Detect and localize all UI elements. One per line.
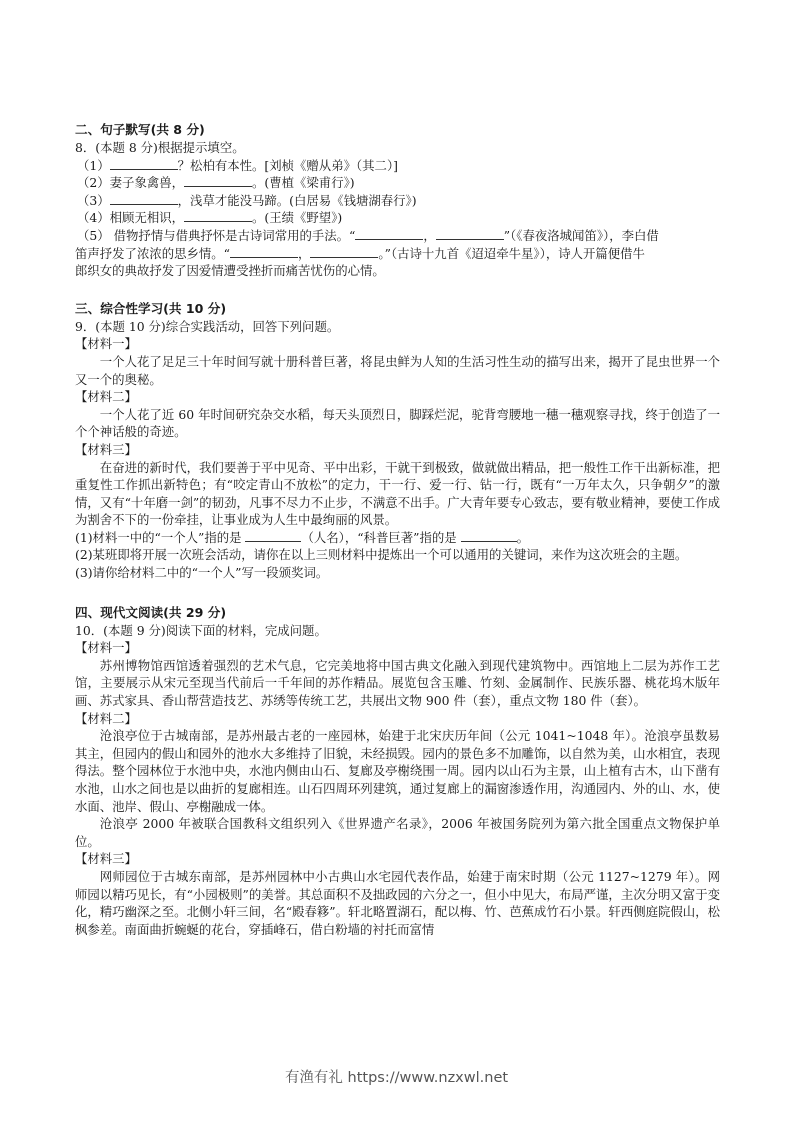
exam-page: 二、句子默写(共 8 分) 8．(本题 8 分)根据提示填空。 （1）？松柏有本… [75, 121, 720, 938]
item-number: （3） [77, 193, 110, 208]
question-9-stem: 9．(本题 10 分)综合实践活动，回答下列问题。 [75, 318, 720, 336]
answer-blank[interactable] [184, 209, 252, 222]
section-4-heading: 四、现代文阅读(共 29 分) [75, 604, 720, 622]
material-1-label: 【材料一】 [75, 639, 720, 657]
section-2-heading: 二、句子默写(共 8 分) [75, 121, 720, 139]
item-number: （5） [77, 228, 110, 243]
item-text: 。”（古诗十九首《迢迢牵牛星》），诗人开篇便借牛 [378, 246, 645, 261]
material-2-label: 【材料二】 [75, 710, 720, 728]
q8-item-3: （3），浅草才能没马蹄。(白居易《钱塘湖春行》) [75, 192, 720, 210]
answer-blank[interactable] [184, 174, 252, 187]
q8-item-1: （1）？松柏有本性。[刘桢《赠从弟》（其二）] [75, 157, 720, 175]
material-2-text: 一个人花了近 60 年时间研究杂交水稻，每天头顶烈日，脚踩烂泥，驼背弯腰地一穗一… [75, 406, 720, 441]
question-8-stem: 8．(本题 8 分)根据提示填空。 [75, 139, 720, 157]
section-3-heading: 三、综合性学习(共 10 分) [75, 300, 720, 318]
material-1-label: 【材料一】 [75, 335, 720, 353]
q9-sub-1: (1)材料一中的“一个人”指的是 （人名），“科普巨著”指的是 。 [75, 529, 720, 547]
q8-item-2: （2）妻子象禽兽，。(曹植《梁甫行》) [75, 174, 720, 192]
spacer [75, 582, 720, 604]
item-text: ”（《春夜洛城闻笛》），李白借 [504, 228, 659, 243]
material-2-text: 沧浪亭位于古城南部，是苏州最古老的一座园林，始建于北宋庆历年间（公元 1041~… [75, 727, 720, 815]
question-text: (1)材料一中的“一个人”指的是 [75, 530, 245, 545]
q9-sub-3: (3)请你给材料二中的“一个人”写一段颁奖词。 [75, 564, 720, 582]
item-text: 相顾无相识， [110, 210, 184, 225]
separator: ， [423, 228, 435, 243]
item-text: 借物抒情与借典抒怀是古诗词常用的手法。“ [110, 228, 356, 243]
material-2-label: 【材料二】 [75, 388, 720, 406]
item-text: 。(王绩《野望》) [252, 210, 342, 225]
answer-blank-book[interactable] [461, 529, 517, 542]
spacer [75, 280, 720, 300]
item-number: （2） [77, 175, 110, 190]
item-text: 妻子象禽兽， [110, 175, 184, 190]
item-text: 。(曹植《梁甫行》) [252, 175, 355, 190]
material-3-label: 【材料三】 [75, 850, 720, 868]
q8-item-5-line-1: （5） 借物抒情与借典抒怀是古诗词常用的手法。“，”（《春夜洛城闻笛》），李白借 [75, 227, 720, 245]
answer-blank[interactable] [110, 192, 178, 205]
material-1-text: 苏州博物馆西馆透着强烈的艺术气息，它完美地将中国古典文化融入到现代建筑物中。西馆… [75, 657, 720, 710]
answer-blank[interactable] [310, 245, 378, 258]
material-3-label: 【材料三】 [75, 441, 720, 459]
item-number: （4） [77, 210, 110, 225]
question-10-stem: 10．(本题 9 分)阅读下面的材料，完成问题。 [75, 622, 720, 640]
answer-blank[interactable] [230, 245, 298, 258]
material-2-text-2: 沧浪亭 2000 年被联合国教科文组织列入《世界遗产名录》，2006 年被国务院… [75, 815, 720, 850]
question-text: 。 [517, 530, 529, 545]
q8-item-5-line-3: 郎织女的典故抒发了因爱情遭受挫折而痛苦忧伤的心情。 [75, 262, 720, 280]
answer-blank[interactable] [110, 157, 178, 170]
answer-blank-name[interactable] [245, 529, 301, 542]
item-number: （1） [77, 158, 110, 173]
material-3-text: 网师园位于古城东南部，是苏州园林中小古典山水宅园代表作品，始建于南宋时期（公元 … [75, 868, 720, 938]
q8-item-4: （4）相顾无相识，。(王绩《野望》) [75, 209, 720, 227]
item-text: 笛声抒发了浓浓的思乡情。“ [75, 246, 230, 261]
watermark-footer: 有渔有礼 https://www.nzxwl.net [0, 1066, 793, 1087]
material-1-text: 一个人花了足足三十年时间写就十册科普巨著，将昆虫鲜为人知的生活习性生动的描写出来… [75, 353, 720, 388]
separator: ， [298, 246, 310, 261]
item-text: ？松柏有本性。[刘桢《赠从弟》（其二）] [178, 158, 398, 173]
item-text: ，浅草才能没马蹄。(白居易《钱塘湖春行》) [178, 193, 417, 208]
question-text: （人名），“科普巨著”指的是 [301, 530, 460, 545]
q8-item-5-line-2: 笛声抒发了浓浓的思乡情。“，。”（古诗十九首《迢迢牵牛星》），诗人开篇便借牛 [75, 245, 720, 263]
material-3-text: 在奋进的新时代，我们要善于平中见奇、平中出彩，干就干到极致，做就做出精品，把一般… [75, 459, 720, 529]
q9-sub-2: (2)某班即将开展一次班会活动，请你在以上三则材料中提炼出一个可以通用的关键词，… [75, 546, 720, 564]
answer-blank[interactable] [355, 227, 423, 240]
answer-blank[interactable] [436, 227, 504, 240]
